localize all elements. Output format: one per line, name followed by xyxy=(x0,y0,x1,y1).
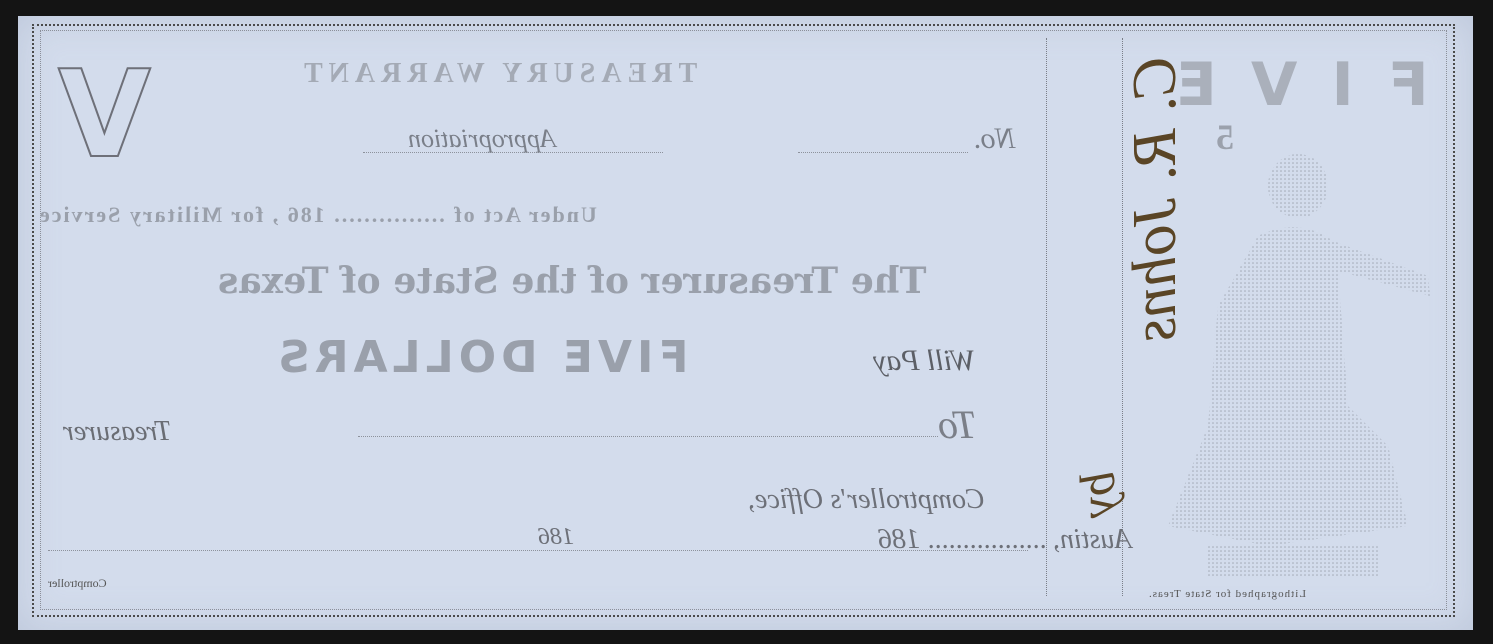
year-fragment: 186 xyxy=(538,524,574,551)
treasurer-wrapper: Treasurer xyxy=(63,416,171,448)
signature-column-divider-left xyxy=(1046,38,1047,596)
appropriation-label: Appropriation xyxy=(408,124,556,154)
number-label: No. xyxy=(973,122,1016,156)
number-underline xyxy=(798,152,968,153)
corner-numeral-v: V xyxy=(58,46,151,185)
imprint-left: Comptroller xyxy=(48,576,107,591)
handwritten-signature: C. R. Johns xyxy=(1120,56,1191,342)
comptroller-wrapper: Comptroller's Office, xyxy=(748,484,985,516)
amount-text: FIVE DOLLARS xyxy=(273,332,688,383)
document-paper: V TREASURY WARRANT Appropriation No. Und… xyxy=(18,16,1473,630)
statue-vignette-icon xyxy=(1148,146,1438,596)
handwritten-signature-lower: by xyxy=(1068,471,1126,518)
will-pay-wrapper: Will Pay xyxy=(873,344,975,378)
year-wrapper: 186 xyxy=(538,524,574,551)
to-label: To xyxy=(938,401,977,448)
document-title: TREASURY WARRANT xyxy=(298,58,697,90)
to-wrapper: To xyxy=(938,401,977,448)
treasurer-label: Treasurer xyxy=(63,416,171,448)
payee-line: The Treasurer of the State of Texas xyxy=(218,260,927,302)
imprint-left-wrapper: Comptroller xyxy=(48,574,107,592)
act-line: Under Act of ............... 186 , for M… xyxy=(38,202,597,228)
will-pay-label: Will Pay xyxy=(873,344,975,378)
appropriation-wrapper: Appropriation xyxy=(408,124,556,154)
act-line-wrapper: Under Act of ............... 186 , for M… xyxy=(38,202,597,228)
imprint-bottom-right: Lithographed for State Treas. xyxy=(1148,588,1306,600)
amount-wrapper: FIVE DOLLARS xyxy=(273,332,688,383)
title-wrapper: TREASURY WARRANT xyxy=(298,58,697,90)
comptroller-line: Comptroller's Office, xyxy=(748,484,985,516)
payee-wrapper: The Treasurer of the State of Texas xyxy=(218,260,927,302)
place-label: Austin, ................. 186 xyxy=(878,524,1132,556)
to-underline xyxy=(358,436,938,437)
number-wrapper: No. xyxy=(973,122,1016,156)
place-wrapper: Austin, ................. 186 xyxy=(878,524,1132,556)
imprint-right-wrapper: Lithographed for State Treas. xyxy=(1148,584,1306,602)
